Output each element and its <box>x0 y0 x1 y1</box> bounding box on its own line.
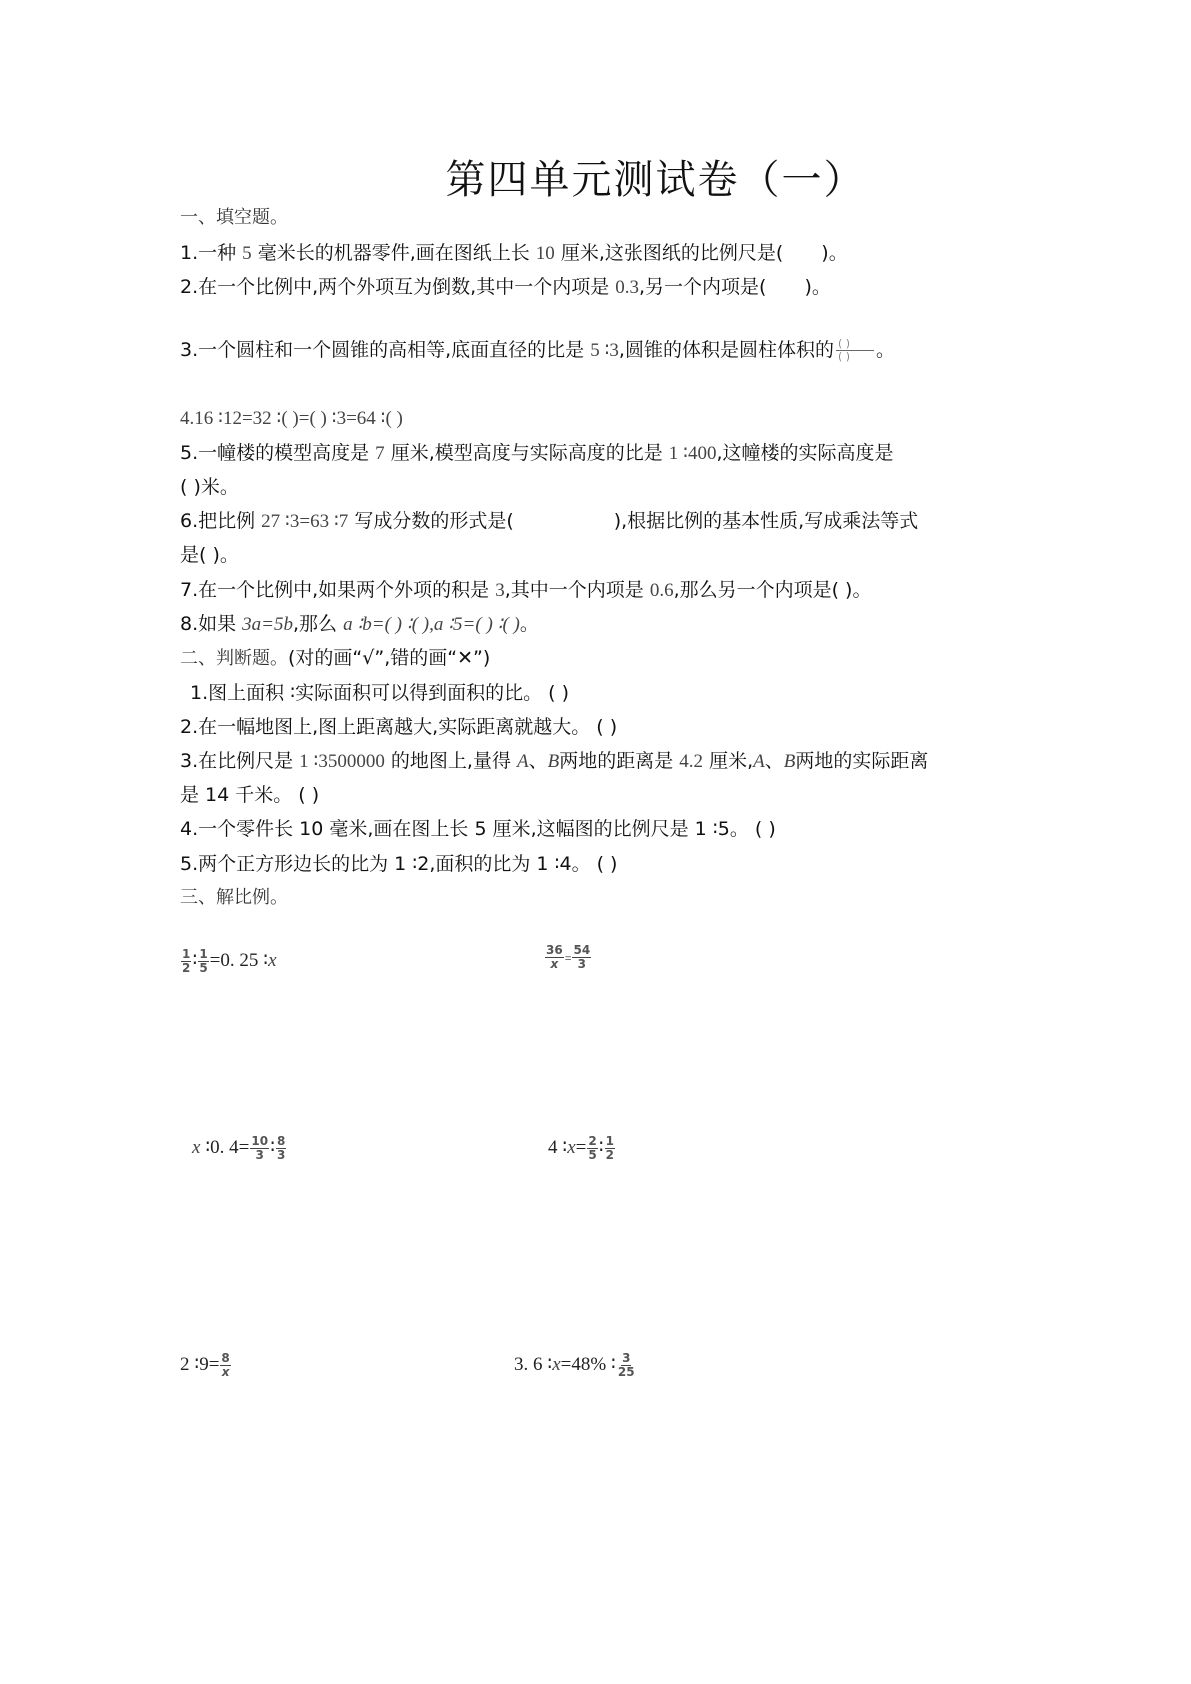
judge-item-3-line-2: 是 14 千米。 ( ) <box>180 781 319 809</box>
proportion-problem-6: 3. 6 ∶x=48% ∶325 <box>514 1352 637 1379</box>
proportion-problem-4: 4 ∶x=25∶12 <box>548 1135 616 1162</box>
section-heading-fill-blank: 一、填空题。 <box>180 204 288 232</box>
question-2: 2.在一个比例中,两个外项互为倒数,其中一个内项是 0.3,另一个内项是()。 <box>180 273 831 302</box>
question-4: 4.16 ∶12=32 ∶( )=( ) ∶3=64 ∶( ) <box>180 405 403 433</box>
question-5-line-2: ( )米。 <box>180 473 239 501</box>
question-6-line-2: 是( )。 <box>180 541 239 569</box>
question-1: 1.一种 5 毫米长的机器零件,画在图纸上长 10 厘米,这张图纸的比例尺是()… <box>180 239 848 268</box>
proportion-problem-2: 36x=543 <box>544 944 592 971</box>
question-3: 3.一个圆柱和一个圆锥的高相等,底面直径的比是 5 ∶3,圆锥的体积是圆柱体积的… <box>180 336 895 365</box>
question-5: 5.一幢楼的模型高度是 7 厘米,模型高度与实际高度的比是 1 ∶400,这幢楼… <box>180 439 894 468</box>
question-8: 8.如果 3a=5b,那么 a ∶b=( ) ∶( ),a ∶5=( ) ∶( … <box>180 610 539 639</box>
fraction-blank[interactable]: ( )( ) <box>836 338 874 363</box>
judge-item-5: 5.两个正方形边长的比为 1 ∶2,面积的比为 1 ∶4。 ( ) <box>180 850 617 878</box>
judge-item-1: 1.图上面积 ∶实际面积可以得到面积的比。 ( ) <box>190 679 569 707</box>
question-7: 7.在一个比例中,如果两个外项的积是 3,其中一个内项是 0.6,那么另一个内项… <box>180 576 871 605</box>
section-heading-true-false: 二、判断题。(对的画“√”,错的画“✕”) <box>180 644 490 673</box>
judge-item-2: 2.在一幅地图上,图上距离越大,实际距离就越大。 ( ) <box>180 713 617 741</box>
section-heading-solve-proportion: 三、解比例。 <box>180 884 288 912</box>
proportion-problem-5: 2 ∶9=8x <box>180 1352 232 1379</box>
question-6: 6.把比例 27 ∶3=63 ∶7 写成分数的形式是(),根据比例的基本性质,写… <box>180 507 918 536</box>
judge-item-3: 3.在比例尺是 1 ∶3500000 的地图上,量得 A、B两地的距离是 4.2… <box>180 747 928 776</box>
proportion-problem-3: x ∶0. 4=103∶83 <box>192 1135 287 1162</box>
proportion-problem-1: 12∶15=0. 25 ∶x <box>180 948 277 975</box>
judge-item-4: 4.一个零件长 10 毫米,画在图上长 5 厘米,这幅图的比例尺是 1 ∶5。 … <box>180 815 776 843</box>
page-title: 第四单元测试卷（一） <box>0 148 1191 205</box>
